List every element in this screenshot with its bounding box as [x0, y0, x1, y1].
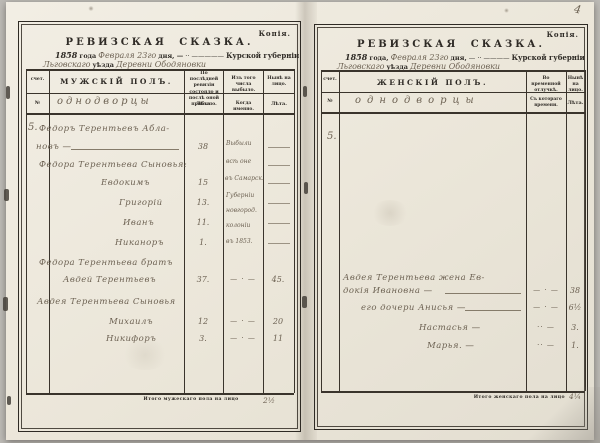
paper-speck [88, 6, 94, 11]
when-note: Губерніи [226, 192, 254, 199]
header-count-col: счет. [322, 77, 338, 83]
date-line: 1858 года, Февраля 23го дня, — ·· ———— К… [345, 52, 585, 62]
leader-line [268, 243, 290, 244]
binding-mark [3, 297, 8, 311]
entry-line: Иванъ [123, 218, 154, 228]
page-title: РЕВИЗСКАЯ СКАЗКА. [315, 39, 587, 50]
header-female-sex: ЖЕНСКІЙ ПОЛЪ. [340, 78, 525, 88]
place-uyezd-word: уѣзда [93, 61, 114, 69]
page-title: РЕВИЗСКАЯ СКАЗКА. [19, 37, 300, 48]
subheader-divider-line [26, 113, 294, 115]
entry-age: 12 [186, 317, 220, 326]
header-departed: Изъ того числа выбыло. [225, 76, 262, 95]
table-top-line [321, 70, 585, 72]
entry-line: Авдея Терентьева жена Ев- [343, 273, 485, 283]
col-age-line [184, 69, 185, 393]
family-number: 5. [28, 122, 38, 133]
subheader-when-exactly: Когда именно. [225, 101, 262, 112]
subheader-number: № [322, 98, 338, 105]
footer-total-value: 2½ [263, 396, 275, 405]
right-page-frame: Копія. РЕВИЗСКАЯ СКАЗКА. 1858 года, Февр… [314, 24, 588, 430]
col-when-line [223, 69, 224, 393]
entry-dash: ·· — [528, 341, 564, 349]
date-fill: — ·· ———— [469, 54, 510, 62]
table-right-line [585, 70, 586, 391]
col-absence-line [526, 70, 527, 391]
header-now-present: Нынѣ на лицо. [567, 76, 584, 95]
place-uyezd-hand: Льговскаго [43, 60, 90, 69]
entry-dash: — · — [528, 286, 564, 294]
header-now-present: Нынѣ на лицо. [265, 76, 293, 88]
header-temporary-absence: Во временной отлучкѣ. [528, 76, 564, 95]
binding-hole [304, 182, 308, 194]
when-note: въ 1853. [226, 238, 253, 245]
entry-age: 1. [186, 238, 220, 247]
subheader-divider-line [321, 112, 585, 114]
entry-now: 1. [566, 341, 584, 350]
entry-line: Федора Терентьева Сыновья: [39, 160, 187, 170]
place-name-hand: Деревни Ободяновки [116, 60, 206, 69]
date-month-hand: Февраля 23го [391, 53, 449, 62]
page-corner-fold [516, 387, 600, 443]
entry-age: 37. [186, 275, 220, 284]
table-left-line [321, 70, 322, 391]
entry-line: Авдея Терентьева Сыновья [37, 297, 176, 307]
estate-class-hand: однодворцы [355, 95, 480, 106]
date-province: Курской губерніи [512, 53, 585, 62]
entry-age: 11. [186, 218, 220, 227]
date-line: 1858 года Февраля 23го дня, — ·· ————— К… [55, 50, 299, 60]
entry-now: 6½ [566, 303, 584, 312]
leader-line [71, 149, 179, 150]
paper-speck [504, 8, 509, 13]
footer-total-label: Итого мужескаго пола на лицо [137, 397, 245, 402]
entry-line: Федоръ Терентьевъ Абла- [39, 124, 170, 134]
entry-dash: — · — [225, 317, 261, 325]
entry-line: Евдокимъ [101, 178, 150, 188]
binding-mark [6, 86, 10, 99]
col-now-line [263, 69, 264, 393]
leader-line [465, 310, 521, 311]
leader-line [268, 203, 290, 204]
entry-age: 13. [186, 198, 220, 207]
leader-line [268, 165, 290, 166]
entry-now: 20 [265, 317, 291, 326]
entry-line: Никаноръ [115, 238, 164, 248]
table-bottom-line [26, 393, 294, 395]
date-day-word: дня, — [158, 52, 183, 60]
entry-line: Федора Терентьева братъ [39, 258, 173, 268]
entry-line: Михаилъ [109, 317, 153, 327]
when-note: новгород. [226, 207, 257, 214]
binding-mark [4, 189, 9, 201]
header-count-col: счет. [27, 77, 48, 83]
date-year-word: года, [369, 54, 388, 62]
copy-label: Копія. [547, 30, 579, 39]
entry-line: новъ — [36, 142, 72, 152]
date-fill: ·· ————— [185, 52, 224, 60]
entry-line: докія Ивановна — [343, 286, 433, 296]
leader-line [268, 147, 290, 148]
binding-mark [7, 396, 11, 405]
entry-now: 38 [566, 286, 584, 295]
binding-hole [302, 296, 307, 308]
leader-line [268, 183, 290, 184]
col-num-line [49, 69, 50, 393]
left-page-frame: Копія. РЕВИЗСКАЯ СКАЗКА. 1858 года Февра… [18, 21, 301, 432]
date-day-word: дня, [451, 54, 467, 62]
table-right-line [294, 69, 295, 393]
subheader-years: Лѣта. [567, 100, 584, 107]
subheader-number: № [27, 100, 48, 107]
date-year: 1858 [55, 50, 77, 60]
entry-dash: — · — [225, 334, 261, 342]
date-month-hand: Февраля 23го [98, 51, 156, 60]
when-note: всѣ оне [226, 158, 251, 165]
col-num-line [339, 70, 340, 391]
entry-dash: — · — [225, 275, 261, 283]
paper-stain [370, 200, 410, 226]
when-note: Выбыли [226, 140, 252, 147]
leader-line [445, 293, 521, 294]
estate-class-hand: однодворцы [57, 96, 152, 107]
subheader-since-when: Съ котораго времени. [528, 97, 564, 108]
family-number: 5. [327, 131, 337, 142]
paper-stain [120, 340, 170, 370]
leader-line [268, 223, 290, 224]
place-line: Льговскаго уѣзда Деревни Ободяновки [43, 60, 206, 69]
entry-age: 3. [186, 334, 220, 343]
entry-age: 15 [186, 178, 220, 187]
entry-age: 38 [186, 142, 220, 151]
when-note: въ Самарск. [225, 175, 264, 182]
entry-line: Марья. — [427, 341, 474, 351]
entry-dash: — · — [528, 303, 564, 311]
header-male-sex: МУЖСКІЙ ПОЛЪ. [50, 77, 183, 87]
date-province: Курской губерніи [226, 51, 299, 60]
binding-hole [303, 86, 307, 97]
table-top-line [26, 69, 294, 71]
entry-line: Авдей Терентьевъ [63, 275, 156, 285]
entry-line: его дочери Анисья — [361, 303, 466, 313]
entry-now: 45. [265, 275, 291, 284]
entry-now: 11 [265, 334, 291, 343]
date-year: 1858 [345, 52, 367, 62]
date-year-word: года [79, 52, 96, 60]
table-left-line [26, 69, 27, 393]
entry-line: Григорій [119, 198, 163, 208]
entry-dash: ·· — [528, 323, 564, 331]
when-note: колоніи [226, 222, 250, 229]
subheader-years-now: Лѣта. [265, 101, 293, 108]
entry-line: Настасья — [419, 323, 481, 333]
entry-now: 3. [566, 323, 584, 332]
subheader-years: Лѣта. [186, 101, 222, 108]
